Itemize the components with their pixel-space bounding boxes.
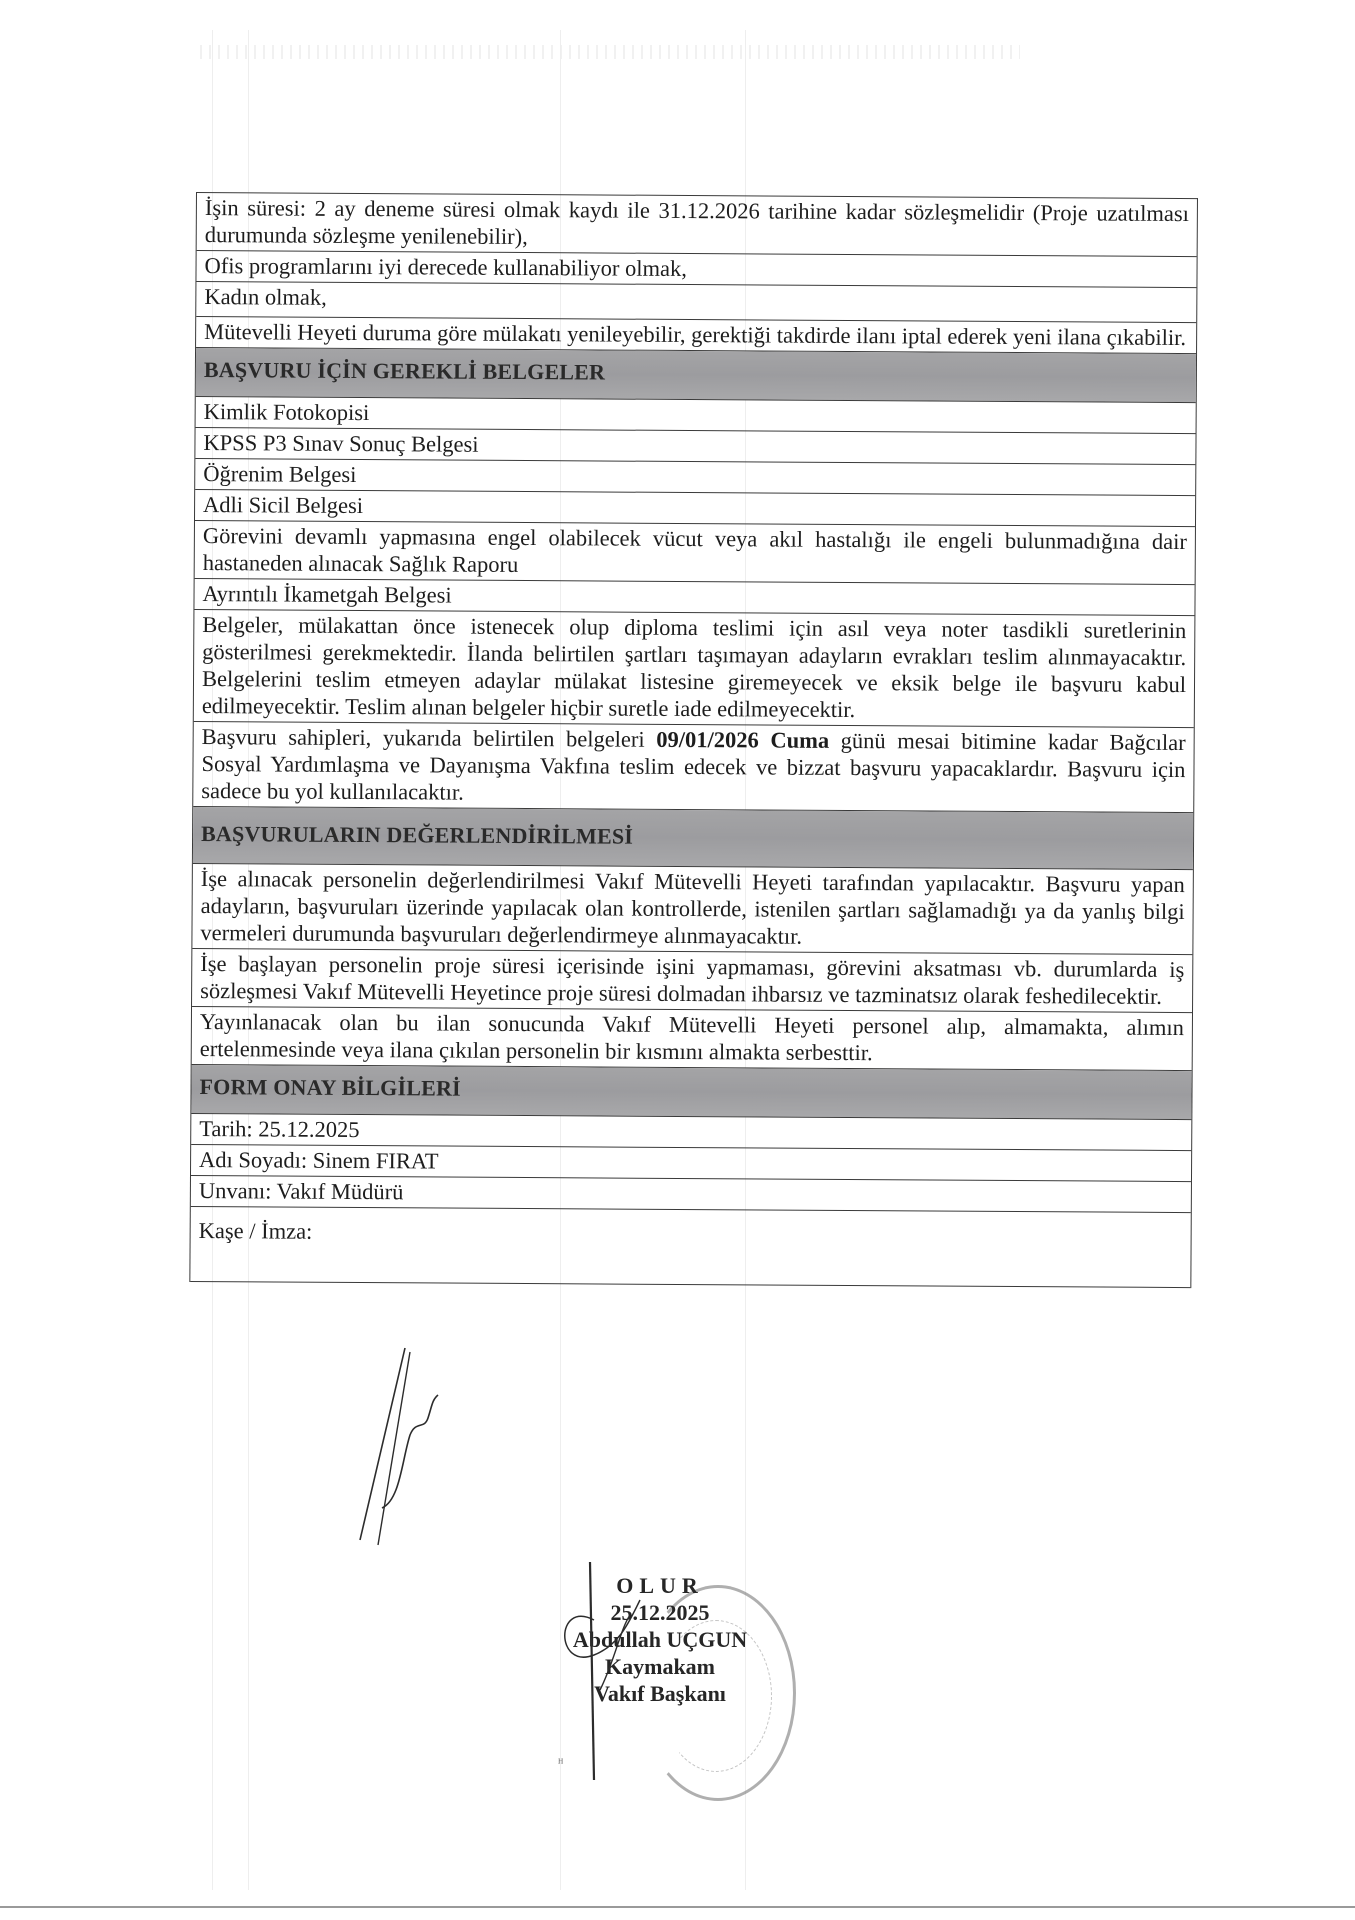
- deadline-text-before: Başvuru sahipleri, yukarıda belirtilen b…: [202, 724, 657, 752]
- approval-block-position: Kaymakam: [545, 1653, 775, 1680]
- approval-block: OLUR 25.12.2025 Abdullah UÇGUN Kaymakam …: [545, 1572, 775, 1707]
- page-edge: [0, 1906, 1355, 1908]
- section-heading-form-approval: FORM ONAY BİLGİLERİ: [191, 1065, 1191, 1120]
- approval-olur: OLUR: [545, 1572, 775, 1599]
- scan-mark: ᴴ: [558, 1756, 563, 1771]
- section-heading-evaluation: BAŞVURULARIN DEĞERLENDİRİLMESİ: [193, 807, 1193, 870]
- section-heading-required-documents: BAŞVURU İÇİN GEREKLİ BELGELER: [196, 348, 1196, 403]
- approval-block-date: 25.12.2025: [545, 1599, 775, 1626]
- document-notes: Belgeler, mülakattan önce istenecek olup…: [194, 610, 1195, 728]
- evaluation-item: İşe başlayan personelin proje süresi içe…: [192, 949, 1192, 1013]
- announcement-table: İşin süresi: 2 ay deneme süresi olmak ka…: [189, 192, 1198, 1288]
- signature-label: Kaşe / İmza:: [199, 1218, 313, 1244]
- scan-artifact-top: [200, 45, 1020, 59]
- document-item: Görevini devamlı yapmasına engel olabile…: [195, 521, 1195, 585]
- approval-signature-field: Kaşe / İmza:: [190, 1207, 1190, 1288]
- application-deadline: Başvuru sahipleri, yukarıda belirtilen b…: [193, 722, 1194, 813]
- approval-block-role: Vakıf Başkanı: [545, 1680, 775, 1707]
- deadline-date: 09/01/2026 Cuma: [656, 727, 829, 753]
- evaluation-item: Yayınlanacak olan bu ilan sonucunda Vakı…: [192, 1007, 1192, 1071]
- requirement-row: İşin süresi: 2 ay deneme süresi olmak ka…: [197, 193, 1197, 257]
- evaluation-item: İşe alınacak personelin değerlendirilmes…: [192, 864, 1193, 955]
- handwritten-signature-icon: [320, 1340, 480, 1550]
- approval-block-name: Abdullah UÇGUN: [545, 1626, 775, 1653]
